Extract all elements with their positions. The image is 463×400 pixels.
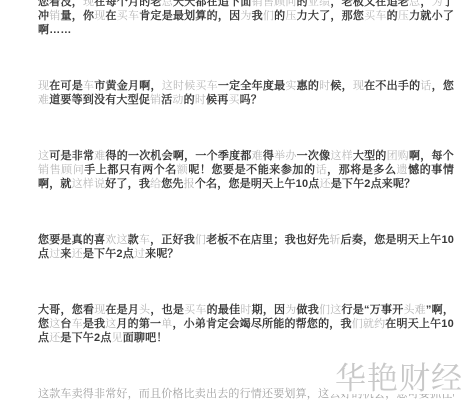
text-segment: 销售顾问 xyxy=(252,0,297,8)
text-segment: 道要等到没有大型促 xyxy=(49,94,150,106)
text-segment: 在是月 xyxy=(105,304,139,316)
paragraph-list: 您看没，现在每个月的老总天天都在追下面销售顾问的业绩，老板又在追老总，为了冲销量… xyxy=(38,0,454,345)
text-segment: 这时候买车 xyxy=(162,80,218,92)
text-segment: 报 xyxy=(184,178,195,190)
text-segment: 时 xyxy=(240,304,251,316)
text-segment: 吗？ xyxy=(240,94,262,106)
text-segment: 一次像 xyxy=(297,150,331,162)
text-segment: 这 xyxy=(105,318,116,330)
text-segment: 话 xyxy=(420,80,431,92)
paragraph: 这可是非常难得的一次机会啊，一个季度都难得举办一次像这样大型的团购啊，每个销售顾… xyxy=(38,149,454,191)
text-segment: 车 xyxy=(72,318,83,330)
text-segment: 惠的 xyxy=(297,80,320,92)
paragraph: 现在可是车市黄金月啊，这时候买车一定全年度最实惠的时候，现在不出手的话，您难道要… xyxy=(38,79,454,107)
text-segment: 斩 xyxy=(329,234,340,246)
text-segment: 车 xyxy=(139,234,150,246)
text-segment: 可是非常 xyxy=(49,150,94,162)
text-segment: 的 xyxy=(274,10,285,22)
text-segment: 见 xyxy=(112,332,123,344)
text-segment: 举办 xyxy=(274,150,296,162)
text-segment: 压 xyxy=(285,10,296,22)
text-segment: 您先 xyxy=(161,178,183,190)
text-segment: 总 xyxy=(409,0,420,8)
text-segment: 业绩 xyxy=(308,0,331,8)
text-segment: 总 xyxy=(162,0,173,8)
text-segment: 期，因 xyxy=(252,304,286,316)
text-segment: 们就约 xyxy=(352,318,386,330)
text-segment: 一定全年度最 xyxy=(218,80,285,92)
text-segment: 销售顾问 xyxy=(38,164,84,176)
text-segment: ，老板又在追老 xyxy=(330,0,409,8)
text-segment: 买车 xyxy=(117,10,139,22)
text-segment: 行是“万事开 xyxy=(342,304,404,316)
text-segment: 压 xyxy=(398,10,409,22)
text-segment: 是下午2点 xyxy=(83,248,134,260)
text-segment: ，正好我 xyxy=(150,234,195,246)
text-segment: 现 xyxy=(94,304,105,316)
text-segment: 话 xyxy=(316,164,328,176)
text-segment: 得的一次机会啊，一个季度都 xyxy=(105,150,251,162)
text-segment: 还 xyxy=(72,248,83,260)
watermark: 华艳财经 xyxy=(329,363,463,394)
text-segment: 销 xyxy=(49,10,60,22)
text-segment: 在可是 xyxy=(49,80,83,92)
text-segment: 在 xyxy=(105,10,116,22)
text-segment: 这 xyxy=(49,318,60,330)
text-segment: 款 xyxy=(128,234,139,246)
text-segment: ，您 xyxy=(432,80,454,92)
text-segment: ， xyxy=(420,0,431,8)
text-segment: 量，你 xyxy=(61,10,95,22)
text-segment: 是下午2点来呢？ xyxy=(331,178,416,190)
text-segment: 的最佳 xyxy=(207,304,241,316)
text-segment: 们 xyxy=(195,234,206,246)
text-segment: 台 xyxy=(60,318,71,330)
text-segment: 的 xyxy=(184,94,195,106)
text-segment: 现 xyxy=(83,0,94,8)
article-body: 您看没，现在每个月的老总天天都在追下面销售顾问的业绩，老板又在追老总，为了冲销量… xyxy=(38,0,454,400)
text-segment: 来呢？ xyxy=(145,248,179,260)
text-segment: 销 xyxy=(150,94,161,106)
text-segment: 买车 xyxy=(184,304,206,316)
text-segment: 现 xyxy=(353,80,364,92)
text-segment: 买车 xyxy=(364,10,386,22)
text-segment: 买 xyxy=(228,94,239,106)
text-segment: 还 xyxy=(49,332,60,344)
text-segment: 面聊吧！ xyxy=(123,332,168,344)
text-segment: 这样说 xyxy=(72,178,106,190)
text-segment: 大型的 xyxy=(353,150,387,162)
text-segment: 难 xyxy=(252,150,263,162)
text-segment: 活 xyxy=(161,94,172,106)
text-segment: 是下午2点 xyxy=(60,332,111,344)
text-segment: 候， xyxy=(330,80,353,92)
text-segment: 老板不在店里；我也好先 xyxy=(206,234,329,246)
text-segment: 头难 xyxy=(403,304,425,316)
text-segment: 时 xyxy=(195,94,206,106)
text-segment: 为 xyxy=(240,10,251,22)
text-segment: 手上都只有两个名 xyxy=(84,164,177,176)
paragraph: 您要是真的喜欢这款车，正好我们老板不在店里；我也好先斩后奏，您是明天上午10点过… xyxy=(38,233,454,261)
text-segment: 市黄金月啊， xyxy=(94,80,161,92)
text-segment: ，那将是多么 xyxy=(327,164,396,176)
text-segment: 遗 xyxy=(397,164,409,176)
text-segment: 们这 xyxy=(319,304,341,316)
text-segment: 啊，每个 xyxy=(409,150,454,162)
text-segment: ，也是 xyxy=(150,304,184,316)
paragraph: 您看没，现在每个月的老总天天都在追下面销售顾问的业绩，老板又在追老总，为了冲销量… xyxy=(38,0,454,37)
text-segment: 在每个月的老 xyxy=(94,0,161,8)
text-segment: 头 xyxy=(139,304,150,316)
text-segment: 做我 xyxy=(297,304,319,316)
text-segment: 肯定是最划算的，因 xyxy=(139,10,240,22)
text-segment: 团购 xyxy=(387,150,409,162)
text-segment: 您看没， xyxy=(38,0,83,8)
text-segment: 过 xyxy=(49,248,60,260)
text-segment: 的 xyxy=(297,0,308,8)
text-segment: 单 xyxy=(161,318,172,330)
text-segment: 时 xyxy=(319,80,330,92)
text-segment: 在不出手的 xyxy=(364,80,420,92)
text-segment: 力大了，那您 xyxy=(297,10,364,22)
text-segment: 这 xyxy=(38,150,49,162)
text-segment: 过 xyxy=(134,248,145,260)
text-segment: ，小弟肯定会竭尽所能的帮您的，我 xyxy=(172,318,351,330)
text-segment: 这样 xyxy=(330,150,352,162)
text-segment: 欢这 xyxy=(105,234,127,246)
text-segment: 为 xyxy=(432,0,443,8)
text-segment: 来 xyxy=(60,248,71,260)
text-segment: 月的第一 xyxy=(116,318,161,330)
text-segment: 好了，我 xyxy=(105,178,150,190)
text-segment: 我 xyxy=(252,10,263,22)
text-segment: 您要是真的喜 xyxy=(38,234,105,246)
text-segment: 候再 xyxy=(206,94,228,106)
text-segment: 天天都在追下面 xyxy=(173,0,252,8)
text-segment: 得 xyxy=(263,150,274,162)
text-segment: 动 xyxy=(172,94,183,106)
text-segment: 实 xyxy=(285,80,296,92)
text-segment: 个名，您是明天上午10点 xyxy=(195,178,320,190)
text-segment: 车 xyxy=(83,80,94,92)
text-segment: 难 xyxy=(38,94,49,106)
text-segment: 还 xyxy=(319,178,330,190)
text-segment: 现 xyxy=(94,10,105,22)
text-segment: 呢！您要是不能来参加的 xyxy=(188,164,315,176)
paragraph: 大哥，您看现在是月头，也是买车的最佳时期，因为做我们这行是“万事开头难”啊，您这… xyxy=(38,303,454,345)
text-segment: 们 xyxy=(263,10,274,22)
text-segment: 难 xyxy=(94,150,105,162)
text-segment: 给 xyxy=(150,178,161,190)
text-segment: 额 xyxy=(177,164,189,176)
text-segment: 大哥，您看 xyxy=(38,304,94,316)
text-segment: 现 xyxy=(38,80,49,92)
text-segment: 为 xyxy=(285,304,296,316)
text-segment: 的 xyxy=(387,10,398,22)
text-segment: 是我 xyxy=(83,318,105,330)
